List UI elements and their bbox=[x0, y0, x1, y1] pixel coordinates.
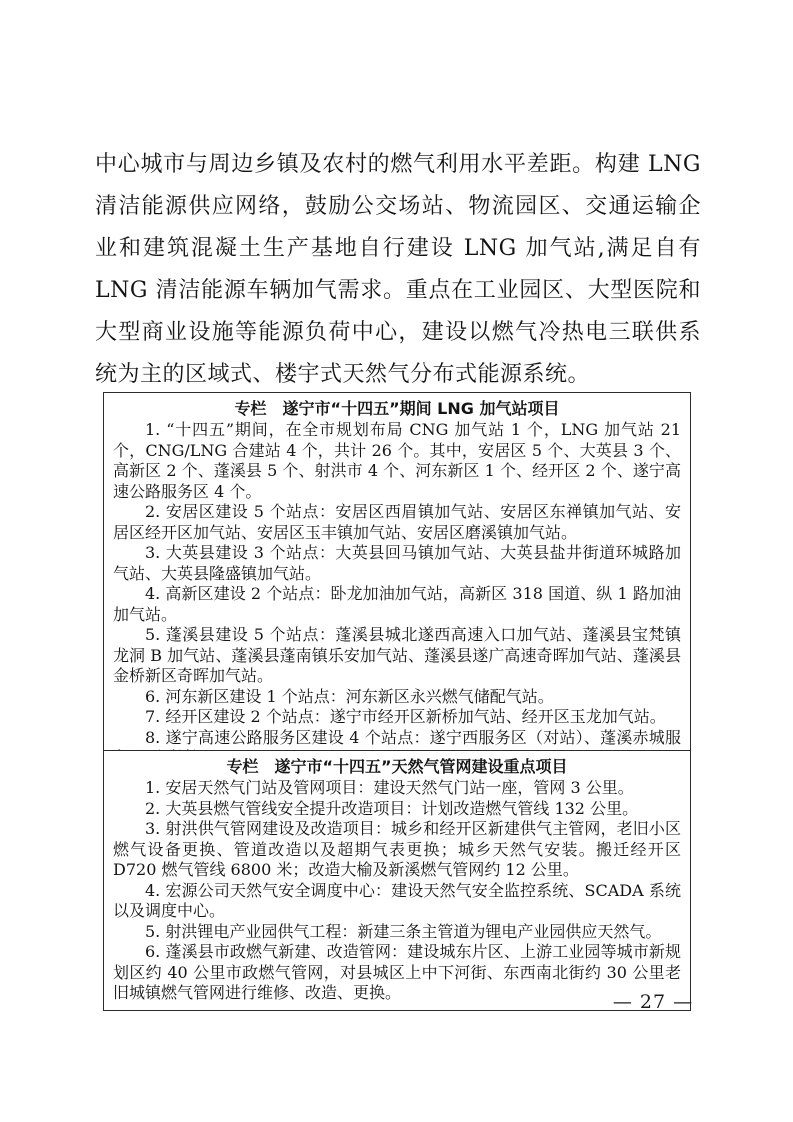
lng-panel-item-5: 5. 蓬溪县建设 5 个站点：蓬溪县城北遂西高速入口加气站、蓬溪县宝梵镇龙洞 B… bbox=[113, 625, 681, 687]
pipeline-panel-title: 专栏 遂宁市“十四五”天然气管网建设重点项目 bbox=[113, 755, 681, 778]
document-page: 中心城市与周边乡镇及农村的燃气利用水平差距。构建 LNG 清洁能源供应网络，鼓励… bbox=[0, 0, 793, 1122]
lng-panel-item-4: 4. 高新区建设 2 个站点：卧龙加油加气站，高新区 318 国道、纵 1 路加… bbox=[113, 584, 681, 625]
pipeline-panel-item-5: 5. 射洪锂电产业园供气工程：新建三条主管道为锂电产业园供应天然气。 bbox=[113, 922, 681, 943]
lng-panel-item-1: 1. “十四五”期间，在全市规划布局 CNG 加气站 1 个，LNG 加气站 2… bbox=[113, 420, 681, 502]
pipeline-panel-item-3: 3. 射洪供气管网建设及改造项目：城乡和经开区新建供气主管网，老旧小区燃气设备更… bbox=[113, 819, 681, 881]
lng-panel-item-7: 7. 经开区建设 2 个站点：遂宁市经开区新桥加气站、经开区玉龙加气站。 bbox=[113, 707, 681, 728]
body-paragraph: 中心城市与周边乡镇及农村的燃气利用水平差距。构建 LNG 清洁能源供应网络，鼓励… bbox=[95, 144, 701, 396]
lng-panel-item-3: 3. 大英县建设 3 个站点：大英县回马镇加气站、大英县盐井街道环城路加气站、大… bbox=[113, 543, 681, 584]
gas-pipeline-projects-panel: 专栏 遂宁市“十四五”天然气管网建设重点项目 1. 安居天然气门站及管网项目：建… bbox=[103, 750, 691, 1011]
lng-panel-item-6: 6. 河东新区建设 1 个站点：河东新区永兴燃气储配气站。 bbox=[113, 687, 681, 708]
pipeline-panel-item-2: 2. 大英县燃气管线安全提升改造项目：计划改造燃气管线 132 公里。 bbox=[113, 799, 681, 820]
lng-panel-item-2: 2. 安居区建设 5 个站点：安居区西眉镇加气站、安居区东禅镇加气站、安居区经开… bbox=[113, 502, 681, 543]
page-number: — 27 — bbox=[588, 991, 718, 1013]
lng-panel-title: 专栏 遂宁市“十四五”期间 LNG 加气站项目 bbox=[113, 397, 681, 420]
pipeline-panel-item-1: 1. 安居天然气门站及管网项目：建设天然气门站一座，管网 3 公里。 bbox=[113, 778, 681, 799]
pipeline-panel-item-4: 4. 宏源公司天然气安全调度中心：建设天然气安全监控系统、SCADA 系统以及调… bbox=[113, 881, 681, 922]
